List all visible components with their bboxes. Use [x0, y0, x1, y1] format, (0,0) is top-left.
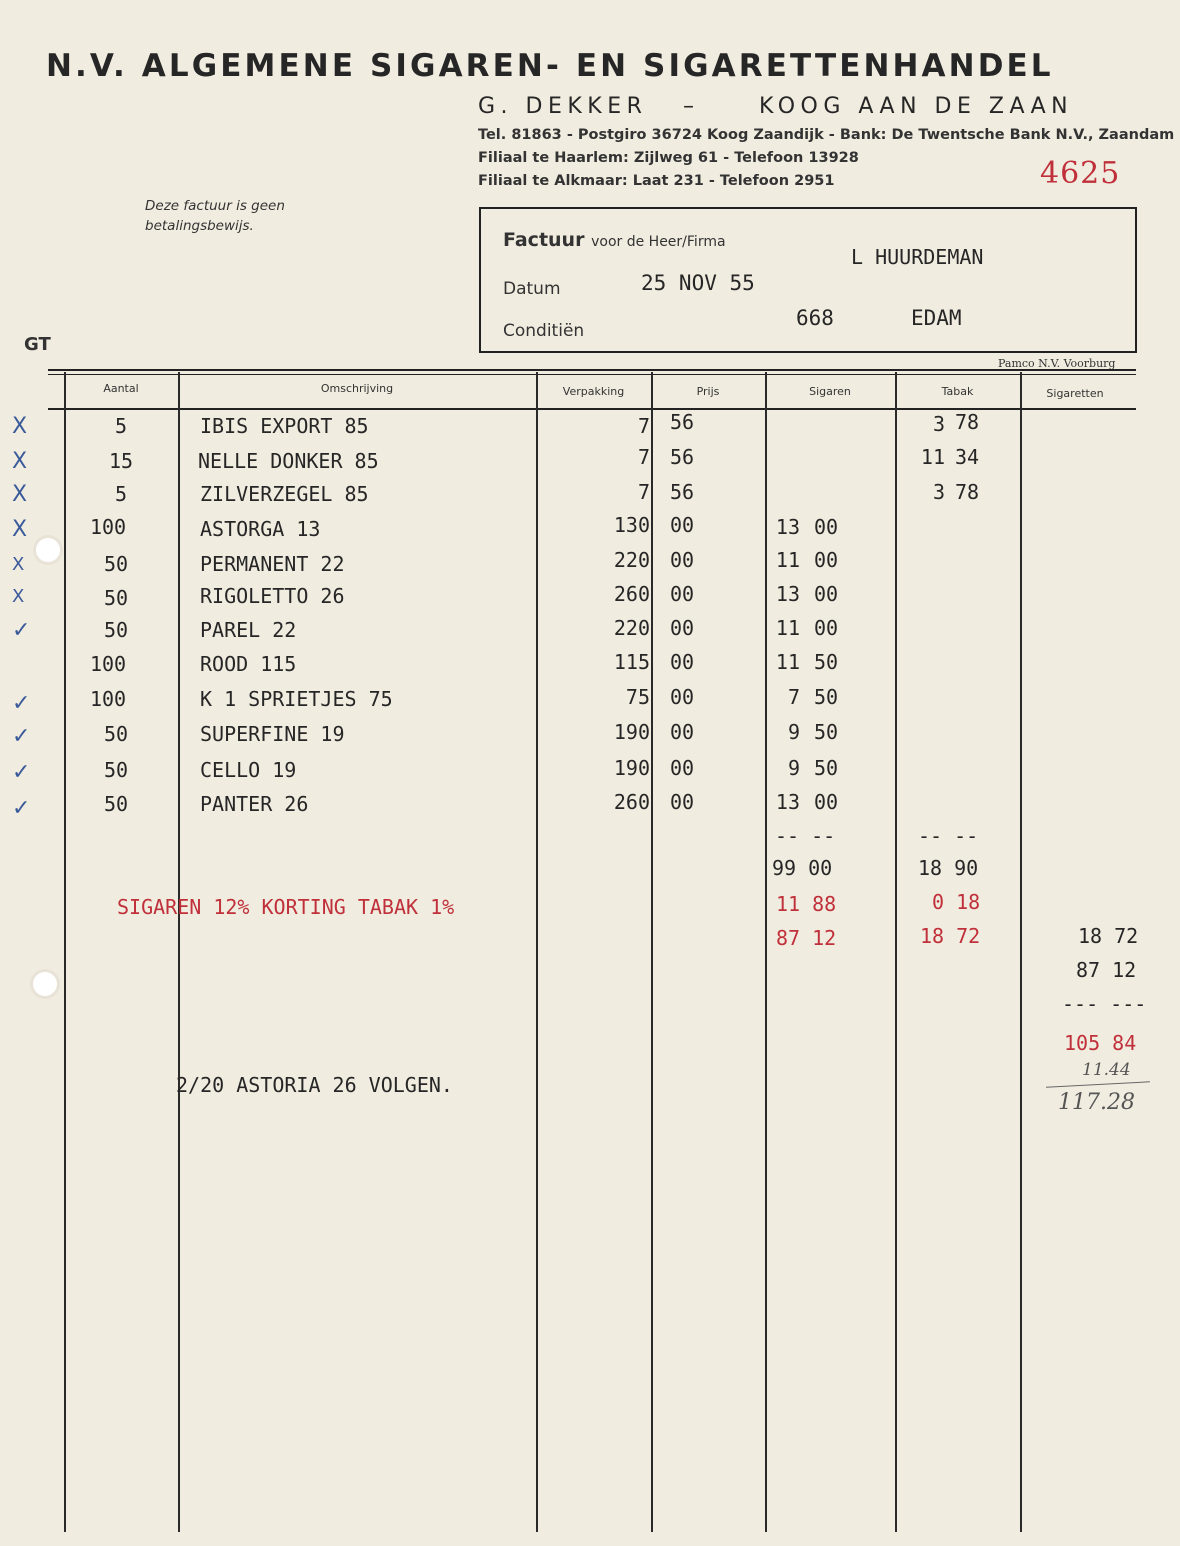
discount-note: SIGAREN 12% KORTING TABAK 1% — [117, 895, 454, 919]
sigaren-cents: 00 — [814, 515, 838, 539]
description: NELLE DONKER 85 — [198, 449, 379, 473]
sigaretten-line-1: 18 72 — [1078, 924, 1138, 948]
contact-line-alkmaar: Filiaal te Alkmaar: Laat 231 - Telefoon … — [478, 173, 834, 189]
price-whole: 220 — [560, 548, 650, 572]
customer-number: 668 — [796, 306, 834, 330]
price-cents: 00 — [670, 513, 694, 537]
description: RIGOLETTO 26 — [200, 584, 345, 608]
sigaren-whole: 7 — [770, 685, 800, 709]
pen-mark: ✓ — [12, 691, 30, 716]
tabak-rule: -- -- — [918, 824, 978, 848]
sigaren-rule: -- -- — [775, 824, 835, 848]
tabak-cents: 78 — [955, 410, 979, 434]
disclaimer-line-2: betalingsbewijs. — [145, 216, 285, 236]
table-top-rule-thin — [48, 374, 1136, 375]
factuur-title: Factuur — [503, 229, 584, 251]
tabak-cents: 34 — [955, 445, 979, 469]
follow-up-note: 2/20 ASTORIA 26 VOLGEN. — [176, 1073, 453, 1097]
table-row: X 5 IBIS EXPORT 85 7 56 3 78 — [0, 410, 1180, 444]
price-cents: 56 — [670, 445, 694, 469]
price-whole: 130 — [560, 513, 650, 537]
price-cents: 00 — [670, 650, 694, 674]
pen-mark: X — [12, 414, 27, 439]
table-row: 100 ROOD 115 115 00 11 50 — [0, 650, 1180, 684]
price-cents: 00 — [670, 685, 694, 709]
datum-value: 25 NOV 55 — [641, 271, 755, 295]
punch-hole — [36, 538, 60, 562]
pen-mark: X — [12, 517, 27, 542]
price-cents: 00 — [670, 720, 694, 744]
company-subtitle: G. DEKKER – KOOG AAN DE ZAAN — [478, 94, 1138, 122]
invoice-number: 4625 — [1040, 156, 1120, 191]
pen-mark: ✓ — [12, 724, 30, 749]
sigaren-whole: 11 — [770, 548, 800, 572]
qty: 15 — [64, 449, 178, 473]
qty: 50 — [64, 586, 168, 610]
sigaren-cents: 50 — [814, 720, 838, 744]
sigaren-cents: 00 — [814, 616, 838, 640]
sigaren-cents: 50 — [814, 756, 838, 780]
tabak-whole: 11 — [900, 445, 945, 469]
column-header-sigaretten: Sigaretten — [1020, 387, 1130, 400]
price-whole: 220 — [560, 616, 650, 640]
factuur-subtitle: voor de Heer/Firma — [591, 234, 725, 250]
pen-mark: ✓ — [12, 760, 30, 785]
description: K 1 SPRIETJES 75 — [200, 687, 393, 711]
price-whole: 7 — [560, 480, 650, 504]
table-row: ✓ 50 CELLO 19 190 00 9 50 — [0, 756, 1180, 790]
pen-mark: ✓ — [12, 618, 30, 643]
pen-mark: X — [12, 449, 27, 474]
sigaren-whole: 13 — [770, 515, 800, 539]
grand-total: 105 84 — [1064, 1031, 1136, 1055]
qty: 50 — [64, 758, 168, 782]
description: PAREL 22 — [200, 618, 296, 642]
invoice-info-box: Factuur voor de Heer/Firma L HUURDEMAN D… — [479, 207, 1137, 353]
description: SUPERFINE 19 — [200, 722, 345, 746]
table-row: X 50 RIGOLETTO 26 260 00 13 00 — [0, 582, 1180, 616]
handwritten-total: 117.28 — [1058, 1090, 1135, 1115]
pen-mark: X — [12, 554, 24, 575]
description: CELLO 19 — [200, 758, 296, 782]
description: PANTER 26 — [200, 792, 308, 816]
tabak-whole: 3 — [900, 412, 945, 436]
price-cents: 56 — [670, 480, 694, 504]
price-whole: 260 — [560, 582, 650, 606]
description: ZILVERZEGEL 85 — [200, 482, 369, 506]
pen-mark: X — [12, 586, 24, 607]
column-header-omschrijving: Omschrijving — [178, 382, 536, 395]
contact-line-main: Tel. 81863 - Postgiro 36724 Koog Zaandij… — [478, 127, 1174, 143]
pen-mark: ✓ — [12, 796, 30, 821]
qty: 100 — [64, 687, 152, 711]
table-row: ✓ 50 PAREL 22 220 00 11 00 — [0, 616, 1180, 650]
column-header-verpakking: Verpakking — [536, 385, 651, 398]
column-header-tabak: Tabak — [895, 385, 1020, 398]
sigaren-cents: 00 — [814, 548, 838, 572]
tabak-discount: 0 18 — [932, 890, 980, 914]
price-whole: 260 — [560, 790, 650, 814]
qty: 5 — [64, 414, 178, 438]
sigaren-cents: 00 — [814, 582, 838, 606]
price-whole: 7 — [560, 445, 650, 469]
sigaren-whole: 9 — [770, 756, 800, 780]
condities-label: Conditiën — [503, 321, 584, 341]
company-location: KOOG AAN DE ZAAN — [759, 94, 1073, 119]
description: ASTORGA 13 — [200, 517, 320, 541]
table-row: X 5 ZILVERZEGEL 85 7 56 3 78 — [0, 480, 1180, 514]
factuur-label: Factuur voor de Heer/Firma — [503, 229, 726, 251]
qty: 50 — [64, 618, 168, 642]
tabak-cents: 78 — [955, 480, 979, 504]
qty: 100 — [64, 652, 152, 676]
qty: 50 — [64, 792, 168, 816]
sigaren-whole: 9 — [770, 720, 800, 744]
sigaren-cents: 50 — [814, 650, 838, 674]
price-cents: 00 — [670, 582, 694, 606]
table-row: ✓ 50 SUPERFINE 19 190 00 9 50 — [0, 720, 1180, 754]
sigaretten-line-2: 87 12 — [1076, 958, 1136, 982]
sigaren-net: 87 12 — [776, 926, 836, 950]
table-row: X 15 NELLE DONKER 85 7 56 11 34 — [0, 445, 1180, 479]
table-row: X 100 ASTORGA 13 130 00 13 00 — [0, 513, 1180, 547]
sigaren-cents: 00 — [814, 790, 838, 814]
handwritten-addition: 11.44 — [1082, 1060, 1131, 1080]
description: IBIS EXPORT 85 — [200, 414, 369, 438]
tabak-subtotal: 18 90 — [918, 856, 978, 880]
disclaimer-line-1: Deze factuur is geen — [145, 196, 285, 216]
sigaren-discount: 11 88 — [776, 892, 836, 916]
sigaren-subtotal: 99 00 — [772, 856, 832, 880]
table-row: ✓ 50 PANTER 26 260 00 13 00 — [0, 790, 1180, 824]
price-cents: 00 — [670, 790, 694, 814]
description: PERMANENT 22 — [200, 552, 345, 576]
datum-label: Datum — [503, 279, 561, 299]
pen-mark: X — [12, 482, 27, 507]
sigaren-whole: 13 — [770, 582, 800, 606]
column-header-aantal: Aantal — [64, 382, 178, 395]
owner-name: G. DEKKER — [478, 94, 647, 119]
qty: 5 — [64, 482, 178, 506]
punch-hole — [33, 972, 57, 996]
sigaren-whole: 13 — [770, 790, 800, 814]
handwritten-rule — [1046, 1081, 1150, 1087]
price-whole: 190 — [560, 756, 650, 780]
sigaren-whole: 11 — [770, 650, 800, 674]
disclaimer: Deze factuur is geen betalingsbewijs. — [145, 196, 285, 236]
column-header-sigaren: Sigaren — [765, 385, 895, 398]
price-whole: 115 — [560, 650, 650, 674]
tabak-whole: 3 — [900, 480, 945, 504]
price-whole: 7 — [560, 414, 650, 438]
customer-city: EDAM — [911, 306, 962, 330]
contact-line-haarlem: Filiaal te Haarlem: Zijlweg 61 - Telefoo… — [478, 150, 859, 166]
company-name: N.V. ALGEMENE SIGAREN- EN SIGARETTENHAND… — [46, 48, 1054, 84]
sigaren-cents: 50 — [814, 685, 838, 709]
subtitle-dash: – — [683, 94, 700, 119]
qty: 50 — [64, 552, 168, 576]
price-whole: 190 — [560, 720, 650, 744]
description: ROOD 115 — [200, 652, 296, 676]
sigaren-whole: 11 — [770, 616, 800, 640]
price-cents: 00 — [670, 756, 694, 780]
column-header-prijs: Prijs — [651, 385, 765, 398]
table-row: X 50 PERMANENT 22 220 00 11 00 — [0, 548, 1180, 582]
table-top-rule — [48, 369, 1136, 371]
price-cents: 56 — [670, 410, 694, 434]
qty: 100 — [64, 515, 152, 539]
tabak-net: 18 72 — [920, 924, 980, 948]
customer-name: L HUURDEMAN — [851, 245, 983, 269]
table-row: ✓ 100 K 1 SPRIETJES 75 75 00 7 50 — [0, 685, 1180, 719]
sigaretten-rule: --- --- — [1062, 992, 1146, 1016]
price-cents: 00 — [670, 616, 694, 640]
qty: 50 — [64, 722, 168, 746]
price-whole: 75 — [560, 685, 650, 709]
price-cents: 00 — [670, 548, 694, 572]
margin-mark: GT — [24, 334, 51, 355]
